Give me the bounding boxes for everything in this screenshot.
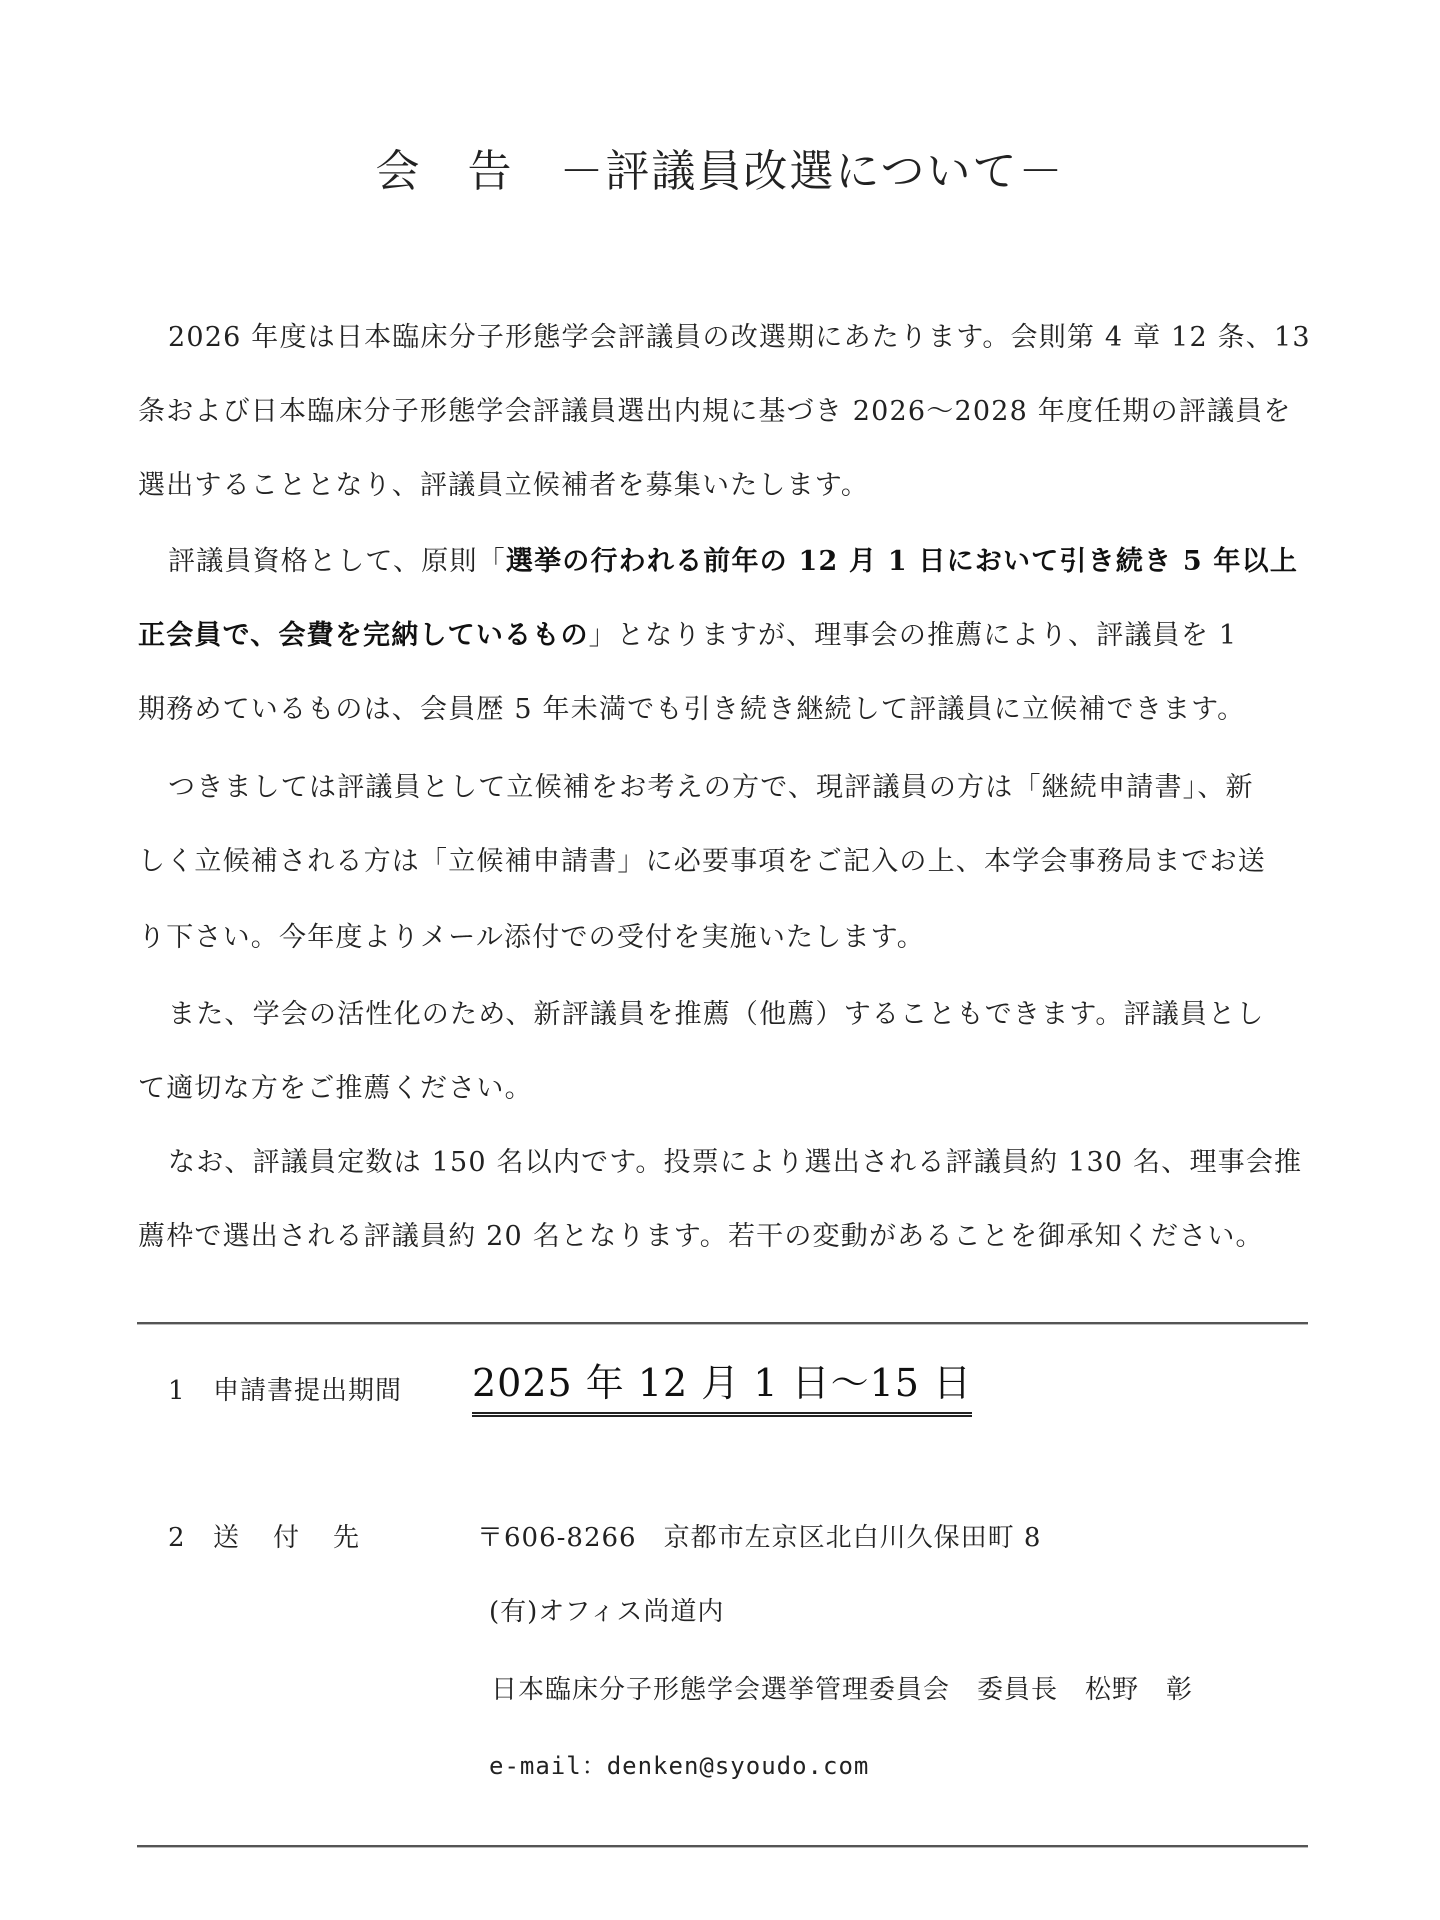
item-1-number: 1 [168,1371,185,1411]
paragraph-3-line-1: つきましては評議員として立候補をお考えの方で、現評議員の方は「継続申請書」、新 [138,768,1254,808]
qualification-bold-1: 選挙の行われる前年の 12 月 1 日において引き続き 5 年以上 [506,546,1298,577]
paragraph-4-line-2: て適切な方をご推薦ください。 [138,1069,533,1109]
qualification-rest: 」となりますが、理事会の推薦により、評議員を 1 [589,620,1238,651]
paragraph-1-line-3: 選出することとなり、評議員立候補者を募集いたします。 [138,466,869,506]
divider-bottom [137,1845,1308,1847]
email-address[interactable]: denken@syoudo.com [607,1752,870,1780]
paragraph-3-line-3: り下さい。今年度よりメール添付での受付を実施いたします。 [138,918,925,958]
paragraph-5-line-1: なお、評議員定数は 150 名以内です。投票により選出される評議員約 130 名… [138,1143,1302,1183]
email-label: e-mail： [489,1752,607,1780]
title-part-koku: 告 [467,146,513,197]
paragraph-2-line-1: 評議員資格として、原則「選挙の行われる前年の 12 月 1 日において引き続き … [138,542,1298,582]
divider-top [137,1322,1308,1324]
address-postal-line: 〒606-8266 京都市左京区北白川久保田町 8 [477,1518,1041,1558]
qualification-bold-2: 正会員で、会費を完納しているもの [138,620,589,651]
item-2-number: 2 [168,1518,185,1558]
item-1-label: 申請書提出期間 [213,1371,402,1411]
title-subject: －評議員改選について－ [559,146,1064,197]
page-title: 会告－評議員改選について－ [0,142,1440,202]
paragraph-1-line-1: 2026 年度は日本臨床分子形態学会評議員の改選期にあたります。会則第 4 章 … [138,318,1311,358]
paragraph-2-line-2: 正会員で、会費を完納しているもの」となりますが、理事会の推薦により、評議員を 1 [138,616,1237,656]
email-line: e-mail：denken@syoudo.com [489,1746,869,1786]
address-office-line: (有)オフィス尚道内 [489,1592,724,1632]
paragraph-3-line-2: しく立候補される方は「立候補申請書」に必要事項をご記入の上、本学会事務局までお送 [138,842,1266,882]
title-part-kai: 会 [375,146,421,197]
item-2-label: 送 付 先 [213,1518,363,1558]
submission-period-date: 2025 年 12 月 1 日～15 日 [472,1358,972,1417]
paragraph-2-line-3: 期務めているものは、会員歴 5 年未満でも引き続き継続して評議員に立候補できます… [138,690,1245,730]
qualification-intro: 評議員資格として、原則「 [168,546,506,577]
paragraph-4-line-1: また、学会の活性化のため、新評議員を推薦（他薦）することもできます。評議員とし [138,995,1265,1035]
paragraph-5-line-2: 薦枠で選出される評議員約 20 名となります。若干の変動があることを御承知くださ… [138,1217,1264,1257]
address-committee-line: 日本臨床分子形態学会選挙管理委員会 委員長 松野 彰 [491,1670,1193,1710]
paragraph-1-line-2: 条および日本臨床分子形態学会評議員選出内規に基づき 2026～2028 年度任期… [138,392,1292,432]
